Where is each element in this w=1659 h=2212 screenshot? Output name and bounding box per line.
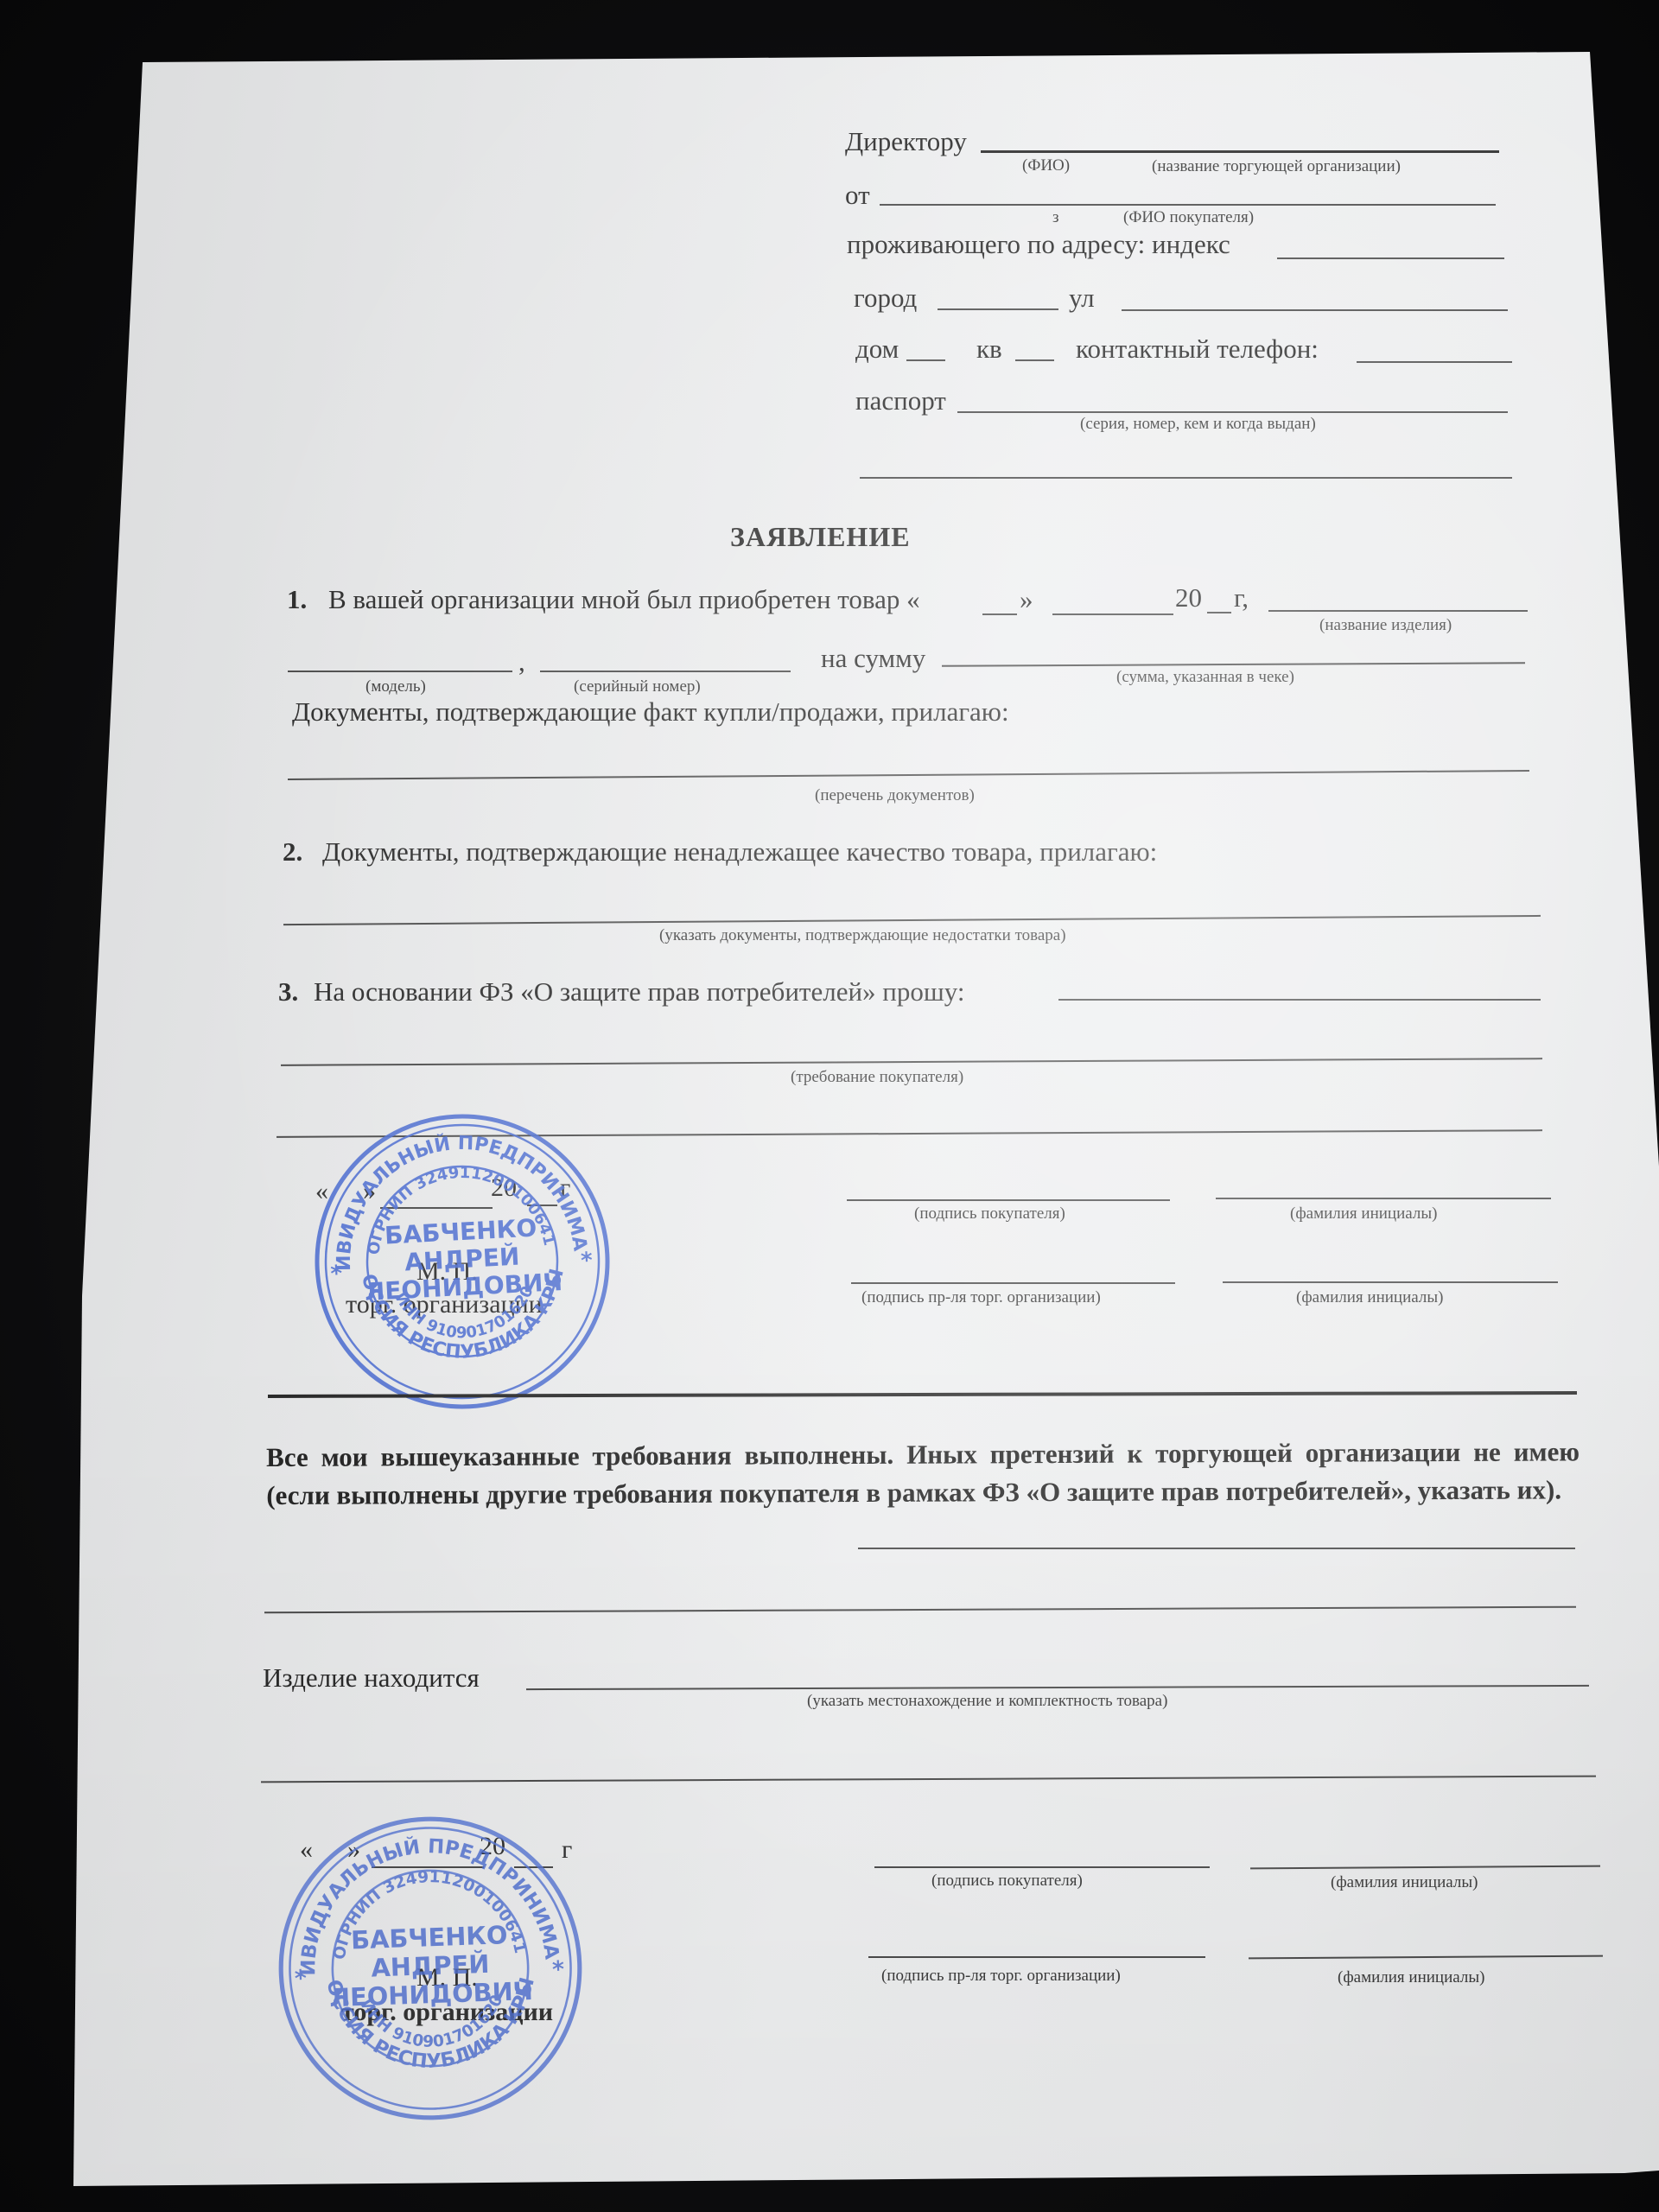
model-field[interactable]: [288, 671, 512, 672]
svg-text:*: *: [552, 1956, 565, 1983]
street-label: ул: [1069, 283, 1095, 314]
section-separator: [268, 1391, 1577, 1398]
postcode-field[interactable]: [1277, 257, 1504, 259]
buyer-signature-2-field[interactable]: [874, 1866, 1210, 1868]
location-label: Изделие находится: [263, 1662, 480, 1694]
purchase-day-field[interactable]: [982, 613, 1017, 615]
city-label: город: [854, 283, 917, 314]
sum-label: на сумму: [821, 643, 925, 674]
stamp-place-2-org: торг. организации: [341, 1998, 553, 2027]
product-name-field[interactable]: [1268, 610, 1528, 612]
date-1-year-suffix: г: [560, 1173, 570, 1203]
svg-text:ЛЕОНИДОВИЧ: ЛЕОНИДОВИЧ: [329, 1976, 534, 2012]
svg-text:ИНДИВИДУАЛЬНЫЙ ПРЕДПРИНИМАТЕЛЬ: ИНДИВИДУАЛЬНЫЙ ПРЕДПРИНИМАТЕЛЬ: [270, 1808, 563, 1978]
director-hint-org: (название торгующей организации): [1152, 157, 1401, 176]
phone-field[interactable]: [1357, 361, 1512, 363]
stamp-place-1-label: М. П.: [416, 1257, 478, 1287]
seller-name-1-hint: (фамилия инициалы): [1296, 1288, 1443, 1307]
director-label: Директору: [845, 126, 967, 157]
from-label: от: [845, 180, 870, 211]
svg-text:ИНН 910901701620: ИНН 910901701620: [391, 1282, 540, 1346]
comma: ,: [518, 646, 525, 677]
quality-documents-field[interactable]: [283, 915, 1541, 925]
demand-field[interactable]: [1058, 999, 1541, 1001]
sum-hint: (сумма, указанная в чеке): [1116, 668, 1294, 687]
from-hint-mark: з: [1052, 208, 1059, 227]
document-title: ЗАЯВЛЕНИЕ: [730, 521, 911, 553]
passport-field[interactable]: [957, 411, 1508, 413]
buyer-signature-1-hint: (подпись покупателя): [914, 1205, 1065, 1224]
location-field-line-2[interactable]: [261, 1776, 1596, 1783]
date-2-day-month-field[interactable]: [372, 1866, 484, 1868]
house-field[interactable]: [906, 359, 945, 361]
section-2-number: 2.: [283, 836, 302, 868]
city-field[interactable]: [938, 308, 1058, 310]
house-label: дом: [855, 334, 899, 365]
buyer-name-1-hint: (фамилия инициалы): [1290, 1205, 1437, 1224]
svg-text:*: *: [294, 1965, 307, 1992]
from-hint: (ФИО покупателя): [1123, 208, 1254, 227]
date-2-open-quote: «: [300, 1835, 313, 1865]
buyer-signature-1-field[interactable]: [847, 1199, 1170, 1201]
svg-text:*: *: [330, 1261, 344, 1287]
product-name-hint: (название изделия): [1319, 616, 1452, 635]
from-field[interactable]: [880, 204, 1496, 206]
company-stamp-1: ИНДИВИДУАЛЬНЫЙ ПРЕДПРИНИМАТЕЛЬ ОГРНИП 32…: [303, 1103, 621, 1421]
svg-text:*: *: [580, 1248, 594, 1274]
seller-signature-2-field[interactable]: [868, 1956, 1205, 1958]
seller-signature-2-hint: (подпись пр-ля торг. организации): [881, 1967, 1121, 1986]
director-hint-fio: (ФИО): [1022, 156, 1070, 175]
phone-label: контактный телефон:: [1076, 334, 1319, 365]
stamp-seal-icon: ИНДИВИДУАЛЬНЫЙ ПРЕДПРИНИМАТЕЛЬ ОГРНИП 32…: [303, 1103, 621, 1421]
demand-hint: (требование покупателя): [791, 1068, 963, 1087]
svg-text:ОГРНИП 324911200100641: ОГРНИП 324911200100641: [360, 1159, 558, 1256]
svg-text:ОГРНИП 324911200100641: ОГРНИП 324911200100641: [327, 1865, 529, 1961]
date-2-year-prefix: 20: [480, 1832, 505, 1861]
quote-close: »: [1020, 584, 1033, 615]
address-label: проживающего по адресу: индекс: [847, 229, 1230, 260]
resolution-text: Все мои вышеуказанные требования выполне…: [266, 1433, 1580, 1515]
location-hint: (указать местонахождение и комплектность…: [807, 1692, 1167, 1711]
seller-signature-1-hint: (подпись пр-ля торг. организации): [861, 1288, 1101, 1307]
date-1-close-quote: »: [363, 1177, 376, 1206]
date-2-close-quote: »: [347, 1835, 360, 1865]
purchase-documents-text: Документы, подтверждающие факт купли/про…: [292, 696, 1009, 728]
svg-text:БАБЧЕНКО: БАБЧЕНКО: [351, 1920, 508, 1955]
stamp-place-2-label: М. П.: [416, 1963, 478, 1993]
buyer-name-2-field[interactable]: [1250, 1866, 1600, 1870]
serial-number-hint: (серийный номер): [574, 677, 701, 696]
svg-text:ИНН 910901701620: ИНН 910901701620: [356, 1992, 509, 2054]
other-requirements-field[interactable]: [858, 1548, 1575, 1549]
location-field[interactable]: [526, 1685, 1589, 1690]
quality-documents-hint: (указать документы, подтверждающие недос…: [659, 926, 1066, 945]
svg-text:АНДРЕЙ: АНДРЕЙ: [404, 1242, 520, 1277]
date-1-year-prefix: 20: [491, 1173, 517, 1203]
svg-text:РОССИЯ РЕСПУБЛИКА КРЫМ: РОССИЯ РЕСПУБЛИКА КРЫМ: [303, 1103, 573, 1371]
svg-text:ЛЕОНИДОВИЧ: ЛЕОНИДОВИЧ: [364, 1268, 563, 1306]
passport-hint: (серия, номер, кем и когда выдан): [1080, 415, 1316, 434]
seller-name-2-field[interactable]: [1249, 1955, 1603, 1960]
demand-field-line-2[interactable]: [281, 1058, 1542, 1066]
passport-field-continued[interactable]: [860, 477, 1512, 479]
seller-name-1-field[interactable]: [1223, 1281, 1558, 1283]
buyer-signature-2-hint: (подпись покупателя): [931, 1872, 1083, 1891]
model-hint: (модель): [365, 677, 426, 696]
svg-text:РОССИЯ РЕСПУБЛИКА КРЫМ: РОССИЯ РЕСПУБЛИКА КРЫМ: [270, 1808, 543, 2079]
year-prefix: 20: [1175, 582, 1202, 613]
date-2-year-suffix: г: [562, 1835, 572, 1865]
purchase-documents-field[interactable]: [288, 770, 1529, 780]
date-2-year-field[interactable]: [514, 1866, 553, 1868]
demand-field-line-3[interactable]: [276, 1129, 1542, 1138]
section-1-text: В вашей организации мной был приобретен …: [328, 584, 920, 615]
date-1-open-quote: «: [315, 1177, 328, 1206]
seller-signature-1-field[interactable]: [851, 1282, 1175, 1284]
buyer-name-2-hint: (фамилия инициалы): [1331, 1873, 1478, 1892]
other-requirements-field-line-2[interactable]: [264, 1606, 1576, 1614]
seller-name-2-hint: (фамилия инициалы): [1338, 1968, 1484, 1987]
section-3-number: 3.: [278, 976, 298, 1007]
date-1-year-field[interactable]: [527, 1205, 557, 1206]
street-field[interactable]: [1122, 309, 1508, 311]
passport-label: паспорт: [855, 385, 946, 416]
date-1-day-month-field[interactable]: [380, 1207, 493, 1209]
buyer-name-1-field[interactable]: [1216, 1198, 1551, 1199]
section-1-number: 1.: [287, 584, 307, 615]
director-field[interactable]: [981, 150, 1499, 153]
apartment-field[interactable]: [1015, 359, 1054, 361]
svg-text:ИНДИВИДУАЛЬНЫЙ ПРЕДПРИНИМАТЕЛЬ: ИНДИВИДУАЛЬНЫЙ ПРЕДПРИНИМАТЕЛЬ: [303, 1103, 591, 1274]
section-3-text: На основании ФЗ «О защите прав потребите…: [314, 976, 964, 1007]
paper-sheet: Директору (ФИО) (название торгующей орга…: [0, 0, 1659, 2212]
apartment-label: кв: [976, 334, 1002, 365]
stamp-seal-icon: ИНДИВИДУАЛЬНЫЙ ПРЕДПРИНИМАТЕЛЬ ОГРНИП 32…: [270, 1808, 591, 2129]
purchase-documents-hint: (перечень документов): [815, 786, 975, 805]
stamp-place-1-org: торг. организации: [346, 1290, 543, 1319]
section-2-text: Документы, подтверждающие ненадлежащее к…: [322, 836, 1157, 868]
company-stamp-2: ИНДИВИДУАЛЬНЫЙ ПРЕДПРИНИМАТЕЛЬ ОГРНИП 32…: [270, 1808, 591, 2129]
purchase-month-field[interactable]: [1052, 613, 1173, 615]
svg-text:БАБЧЕНКО: БАБЧЕНКО: [384, 1213, 537, 1249]
purchase-year-field[interactable]: [1207, 612, 1231, 613]
serial-number-field[interactable]: [540, 671, 791, 672]
svg-text:АНДРЕЙ: АНДРЕЙ: [371, 1949, 490, 1983]
sum-field[interactable]: [942, 662, 1525, 667]
year-suffix: г,: [1234, 582, 1249, 613]
